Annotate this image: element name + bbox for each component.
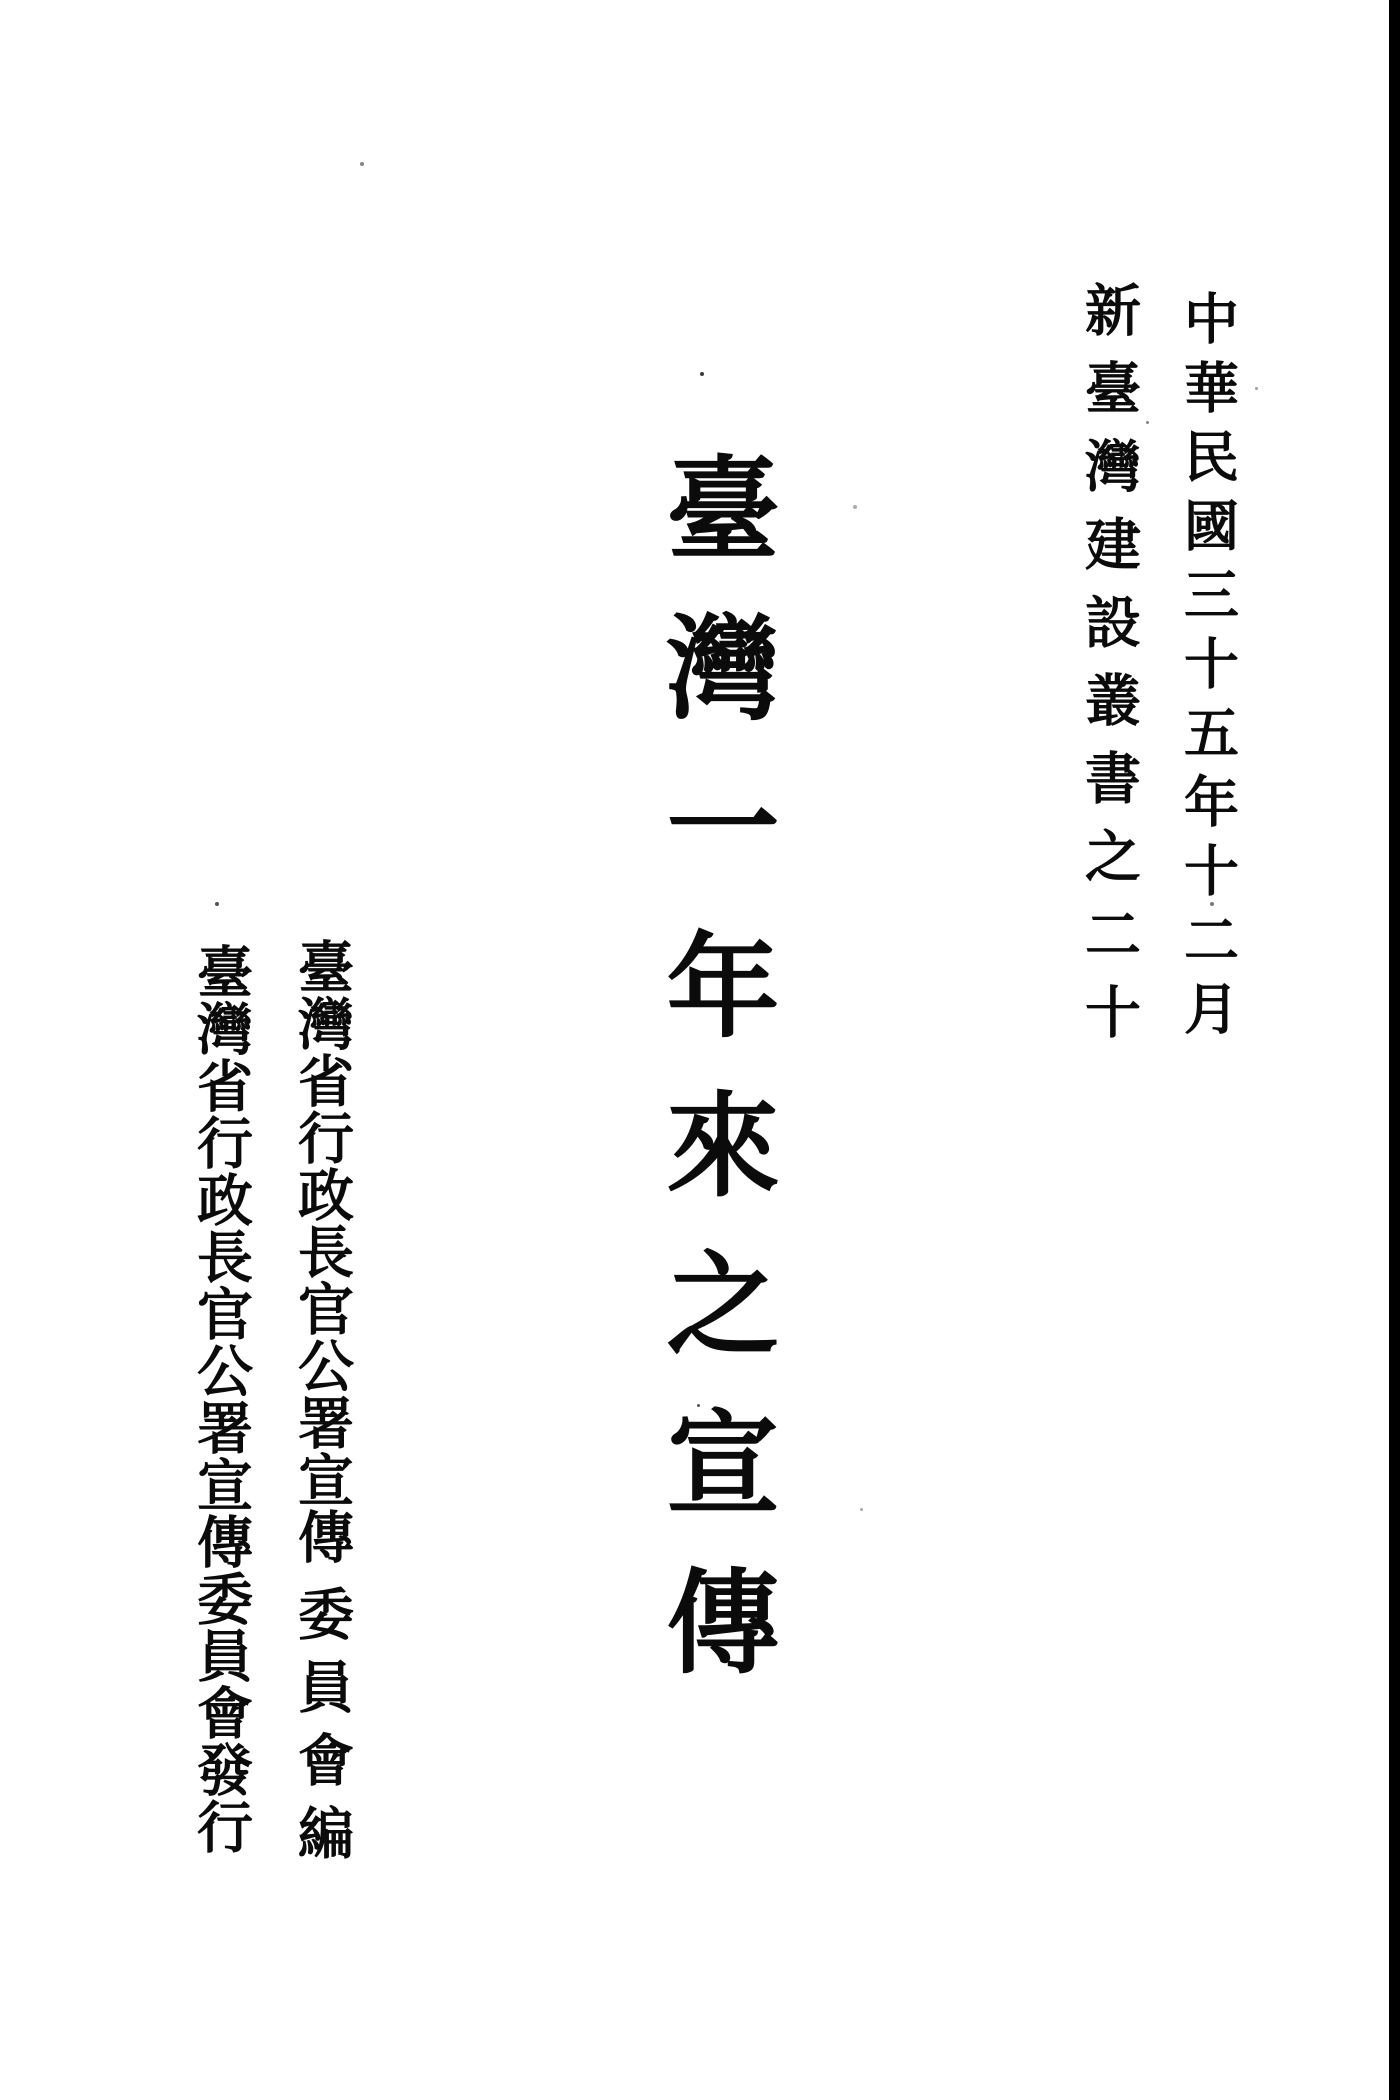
scan-speck xyxy=(1210,902,1214,906)
scan-speck xyxy=(1255,387,1258,390)
scan-page: 中華民國三十五年十二月 新臺灣建設叢書之二十 臺灣一年來之宣傳 臺灣省行政長官公… xyxy=(0,0,1400,2100)
editor-organization: 臺灣省行政長官公署宣傳 xyxy=(290,938,352,1565)
scan-speck xyxy=(215,902,219,906)
scan-speck xyxy=(853,505,857,509)
publication-date-line: 中華民國三十五年十二月 xyxy=(1179,290,1234,1049)
scan-speck xyxy=(860,1508,863,1511)
book-title: 臺灣一年來之宣傳 xyxy=(656,450,769,1722)
scan-speck xyxy=(700,372,704,376)
scan-speck xyxy=(697,1404,700,1407)
editor-role: 委員會編 xyxy=(290,1565,352,1877)
editor-line: 臺灣省行政長官公署宣傳委員會編 xyxy=(293,938,349,1877)
scan-speck xyxy=(1146,421,1149,424)
scan-speck xyxy=(360,162,364,166)
publisher-line: 臺灣省行政長官公署宣傳委員會發行 xyxy=(192,943,248,1855)
series-title-line: 新臺灣建設叢書之二十 xyxy=(1080,281,1136,1061)
scan-gutter-bar xyxy=(1389,0,1400,2100)
